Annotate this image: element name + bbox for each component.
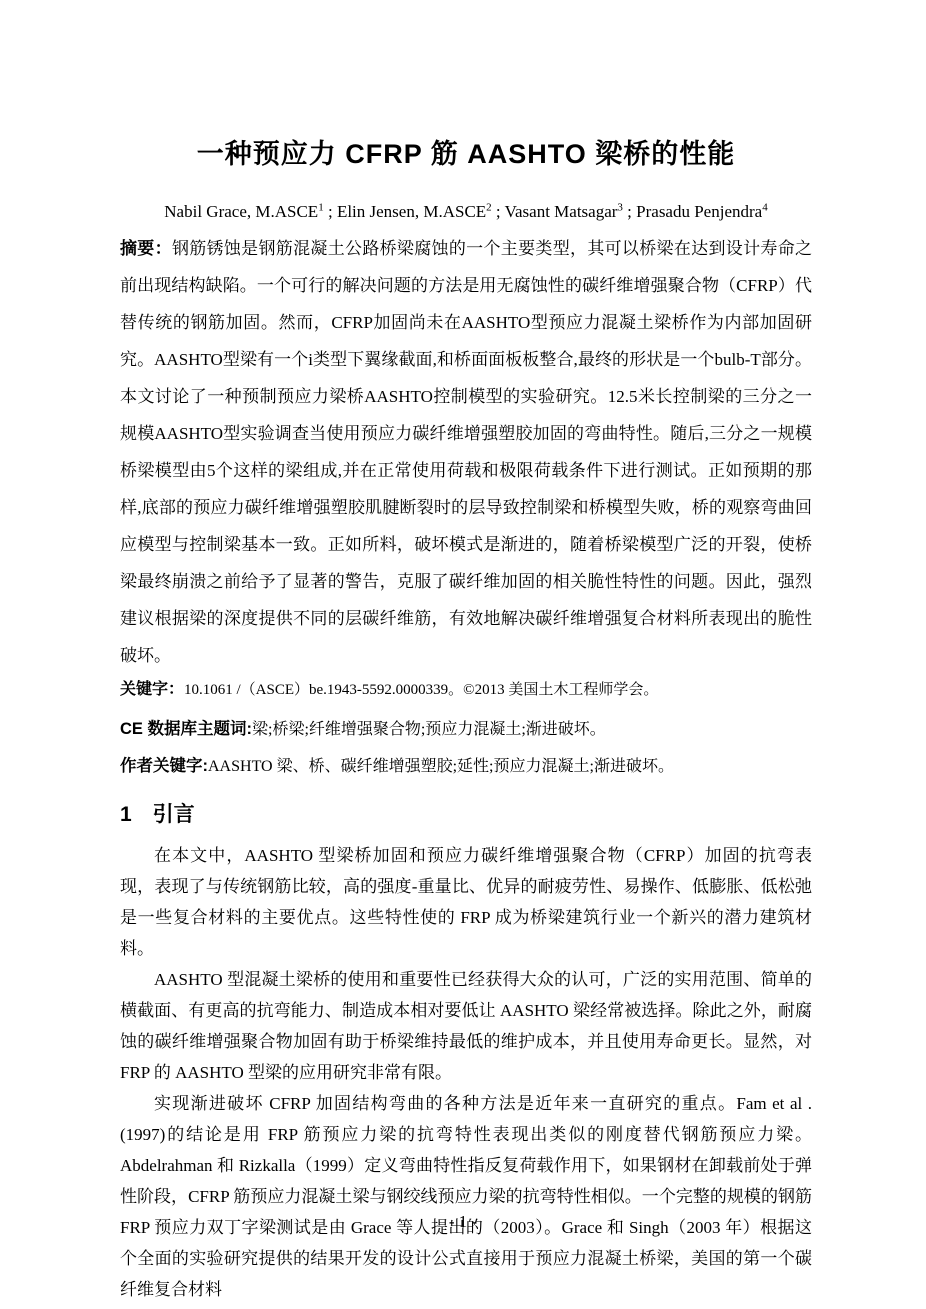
keywords-label: 关键字：	[120, 681, 184, 698]
author-1: Nabil Grace, M.ASCE1 ;	[164, 202, 337, 221]
section-heading-introduction: 1 引言	[120, 800, 812, 830]
author-separator: ;	[324, 202, 337, 221]
keywords-line: 关键字：10.1061 /（ASCE）be.1943-5592.0000339。…	[120, 678, 812, 702]
keywords-text: 10.1061 /（ASCE）be.1943-5592.0000339。©201…	[184, 682, 658, 698]
page-content: 一种预应力 CFRP 筋 AASHTO 梁桥的性能 Nabil Grace, M…	[0, 0, 926, 1305]
ce-database-subjects-line: CE 数据库主题词:梁;桥梁;纤维增强聚合物;预应力混凝土;渐进破坏。	[120, 716, 812, 743]
intro-paragraph-3: 实现渐进破坏 CFRP 加固结构弯曲的各种方法是近年来一直研究的重点。Fam e…	[120, 1088, 812, 1305]
author-keywords-line: 作者关键字:AASHTO 梁、桥、碳纤维增强塑胶;延性;预应力混凝土;渐进破坏。	[120, 753, 812, 780]
author-2: Elin Jensen, M.ASCE2 ;	[337, 202, 505, 221]
author-4-name: Prasadu Penjendra	[636, 202, 762, 221]
author-keywords-text: AASHTO 梁、桥、碳纤维增强塑胶;延性;预应力混凝土;渐进破坏。	[208, 758, 674, 775]
author-2-name: Elin Jensen, M.ASCE	[337, 202, 486, 221]
intro-paragraph-2: AASHTO 型混凝土梁桥的使用和重要性已经获得大众的认可，广泛的实用范围、简单…	[120, 964, 812, 1088]
author-4-superscript: 4	[762, 201, 768, 213]
ce-database-subjects-text: 梁;桥梁;纤维增强聚合物;预应力混凝土;渐进破坏。	[252, 721, 606, 738]
paper-title: 一种预应力 CFRP 筋 AASHTO 梁桥的性能	[120, 136, 812, 172]
abstract-label: 摘要：	[120, 239, 172, 258]
abstract-text: 钢筋锈蚀是钢筋混凝土公路桥梁腐蚀的一个主要类型，其可以桥梁在达到设计寿命之前出现…	[120, 239, 812, 665]
author-separator: ;	[492, 202, 505, 221]
author-3-name: Vasant Matsagar	[505, 202, 618, 221]
author-line: Nabil Grace, M.ASCE1 ; Elin Jensen, M.AS…	[120, 200, 812, 224]
document-page: 一种预应力 CFRP 筋 AASHTO 梁桥的性能 Nabil Grace, M…	[0, 0, 926, 1309]
abstract-paragraph: 摘要：钢筋锈蚀是钢筋混凝土公路桥梁腐蚀的一个主要类型，其可以桥梁在达到设计寿命之…	[120, 230, 812, 674]
ce-database-subjects-label: CE 数据库主题词:	[120, 720, 252, 738]
page-number: - 1 -	[0, 1210, 926, 1234]
author-1-name: Nabil Grace, M.ASCE	[164, 202, 318, 221]
author-keywords-label: 作者关键字:	[120, 757, 208, 775]
author-separator: ;	[623, 202, 636, 221]
author-3: Vasant Matsagar3 ;	[505, 202, 637, 221]
author-4: Prasadu Penjendra4	[636, 202, 768, 221]
intro-paragraph-1: 在本文中，AASHTO 型梁桥加固和预应力碳纤维增强聚合物（CFRP）加固的抗弯…	[120, 840, 812, 964]
